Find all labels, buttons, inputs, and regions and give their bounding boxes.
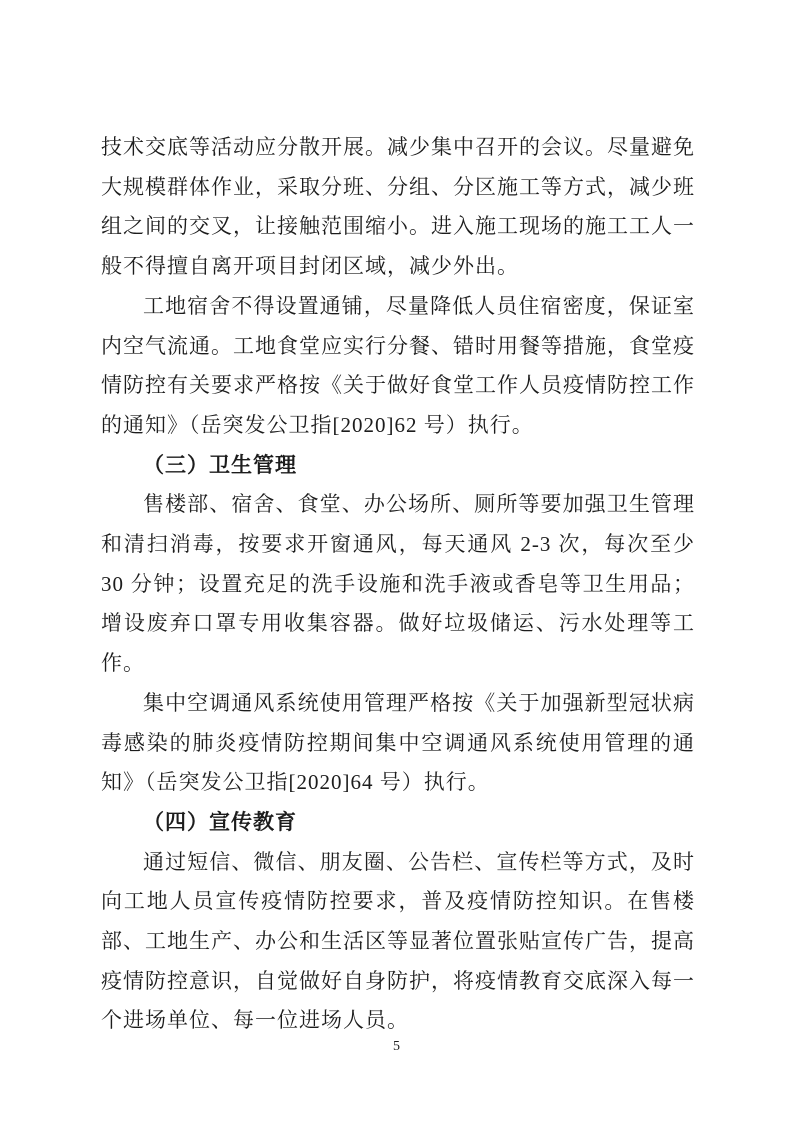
section-heading-publicity-education: （四）宣传教育 [101,803,695,843]
paragraph-hvac-management: 集中空调通风系统使用管理严格按《关于加强新型冠状病毒感染的肺炎疫情防控期间集中空… [101,684,695,803]
document-page: 技术交底等活动应分散开展。减少集中召开的会议。尽量避免大规模群体作业，采取分班、… [0,0,793,1122]
section-heading-hygiene-management: （三）卫生管理 [101,446,695,486]
paragraph-dormitory-canteen: 工地宿舍不得设置通铺，尽量降低人员住宿密度，保证室内空气流通。工地食堂应实行分餐… [101,287,695,446]
paragraph-meeting-dispersal: 技术交底等活动应分散开展。减少集中召开的会议。尽量避免大规模群体作业，采取分班、… [101,128,695,287]
paragraph-hygiene-cleaning: 售楼部、宿舍、食堂、办公场所、厕所等要加强卫生管理和清扫消毒，按要求开窗通风，每… [101,485,695,684]
page-number: 5 [0,1038,793,1056]
document-body: 技术交底等活动应分散开展。减少集中召开的会议。尽量避免大规模群体作业，采取分班、… [101,128,695,1041]
paragraph-publicity-education: 通过短信、微信、朋友圈、公告栏、宣传栏等方式，及时向工地人员宣传疫情防控要求，普… [101,843,695,1042]
